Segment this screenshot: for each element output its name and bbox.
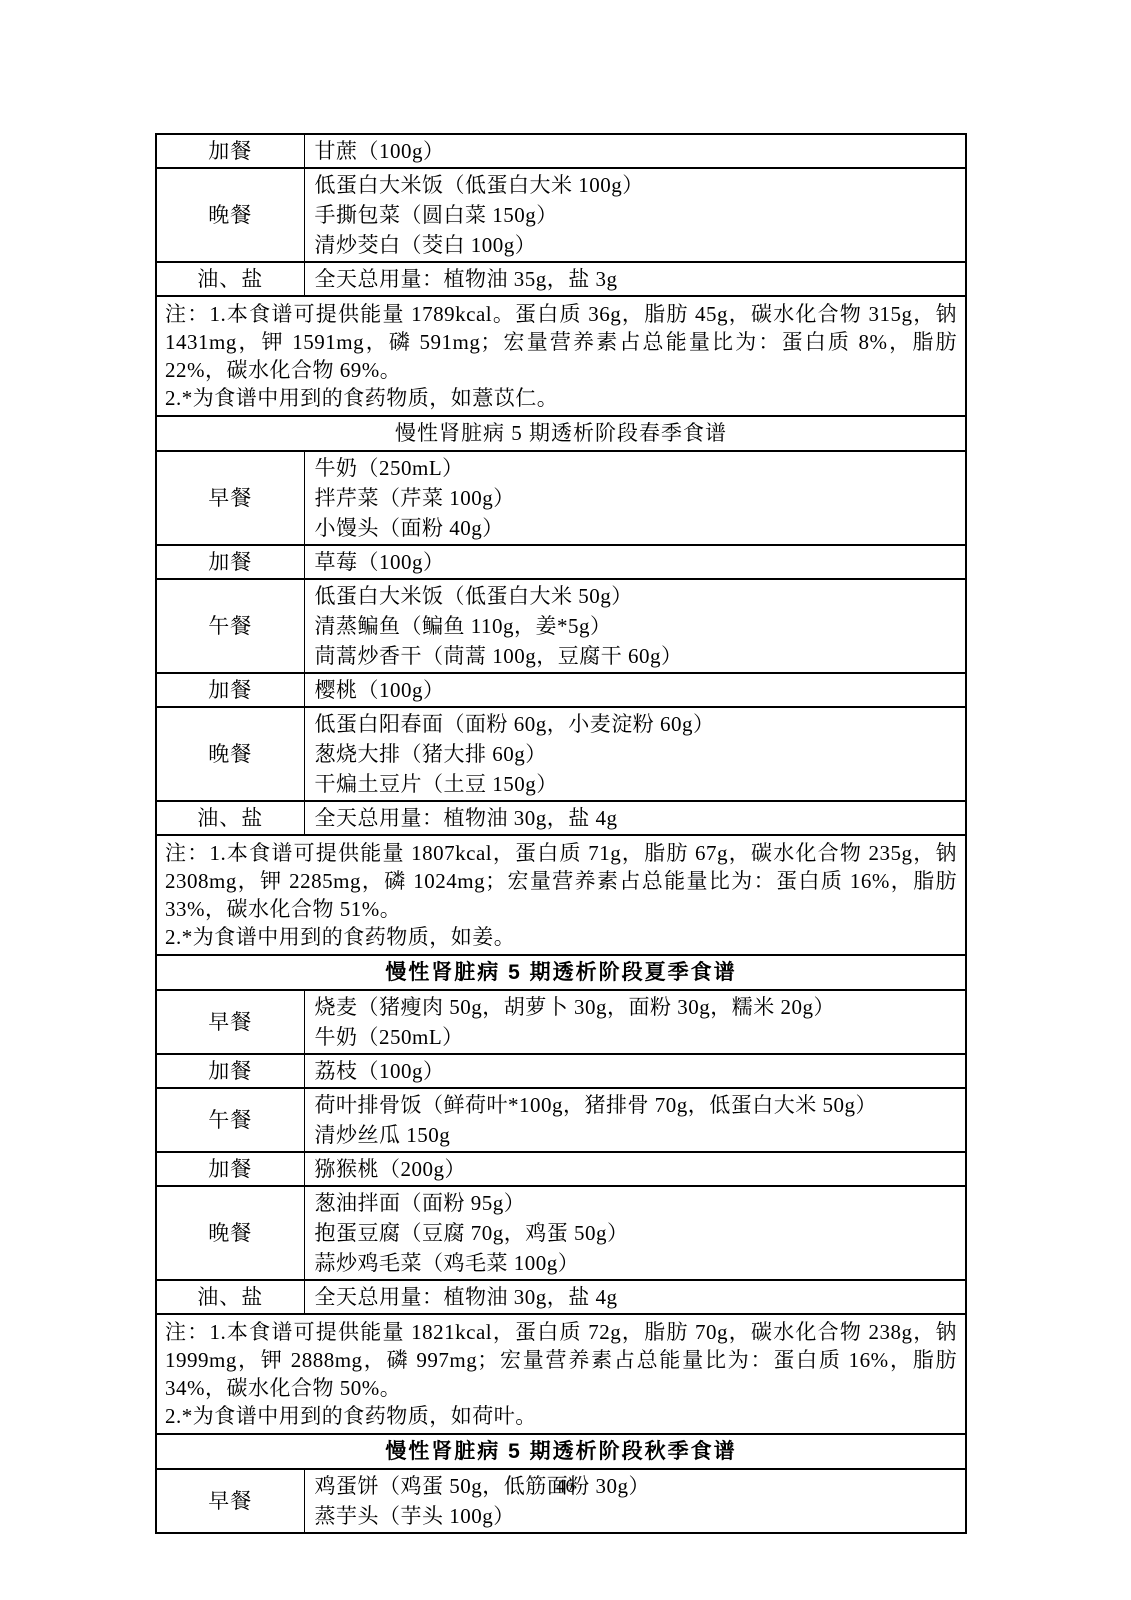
notes-row: 注：1.本食谱可提供能量 1821kcal，蛋白质 72g，脂肪 70g，碳水化… xyxy=(156,1314,966,1434)
dish-item: 全天总用量：植物油 30g，盐 4g xyxy=(315,1282,956,1312)
dish-item: 烧麦（猪瘦肉 50g，胡萝卜 30g，面粉 30g，糯米 20g） xyxy=(315,992,956,1022)
meal-items: 猕猴桃（200g） xyxy=(304,1152,966,1186)
dish-item: 牛奶（250mL） xyxy=(315,1022,956,1052)
dish-item: 清炒丝瓜 150g xyxy=(315,1120,956,1150)
meal-row: 晚餐低蛋白大米饭（低蛋白大米 100g）手撕包菜（圆白菜 150g）清炒茭白（茭… xyxy=(156,168,966,262)
dish-item: 牛奶（250mL） xyxy=(315,453,956,483)
meal-items: 全天总用量：植物油 35g，盐 3g xyxy=(304,262,966,296)
section-title: 慢性肾脏病 5 期透析阶段春季食谱 xyxy=(156,416,966,451)
meal-label: 加餐 xyxy=(156,134,304,168)
meal-items: 牛奶（250mL）拌芹菜（芹菜 100g）小馒头（面粉 40g） xyxy=(304,451,966,545)
meal-row: 早餐牛奶（250mL）拌芹菜（芹菜 100g）小馒头（面粉 40g） xyxy=(156,451,966,545)
meal-label: 油、盐 xyxy=(156,1280,304,1314)
meal-row: 晚餐低蛋白阳春面（面粉 60g，小麦淀粉 60g）葱烧大排（猪大排 60g）干煸… xyxy=(156,707,966,801)
note-text: 2.*为食谱中用到的食药物质，如姜。 xyxy=(165,923,957,951)
dish-item: 小馒头（面粉 40g） xyxy=(315,513,956,543)
section-notes: 注：1.本食谱可提供能量 1807kcal，蛋白质 71g，脂肪 67g，碳水化… xyxy=(156,835,966,955)
section-title-row: 慢性肾脏病 5 期透析阶段春季食谱 xyxy=(156,416,966,451)
dish-item: 蒸芋头（芋头 100g） xyxy=(315,1501,956,1531)
meal-label: 加餐 xyxy=(156,1152,304,1186)
dish-item: 抱蛋豆腐（豆腐 70g，鸡蛋 50g） xyxy=(315,1218,956,1248)
dish-item: 清蒸鳊鱼（鳊鱼 110g，姜*5g） xyxy=(315,611,956,641)
meal-label: 晚餐 xyxy=(156,168,304,262)
diet-table: 加餐甘蔗（100g）晚餐低蛋白大米饭（低蛋白大米 100g）手撕包菜（圆白菜 1… xyxy=(155,133,967,1534)
meal-row: 晚餐葱油拌面（面粉 95g）抱蛋豆腐（豆腐 70g，鸡蛋 50g）蒜炒鸡毛菜（鸡… xyxy=(156,1186,966,1280)
meal-items: 荔枝（100g） xyxy=(304,1054,966,1088)
dish-item: 荷叶排骨饭（鲜荷叶*100g，猪排骨 70g，低蛋白大米 50g） xyxy=(315,1090,956,1120)
meal-items: 甘蔗（100g） xyxy=(304,134,966,168)
meal-row: 油、盐全天总用量：植物油 30g，盐 4g xyxy=(156,801,966,835)
note-text: 注：1.本食谱可提供能量 1807kcal，蛋白质 71g，脂肪 67g，碳水化… xyxy=(165,839,957,923)
meal-items: 全天总用量：植物油 30g，盐 4g xyxy=(304,801,966,835)
dish-item: 全天总用量：植物油 35g，盐 3g xyxy=(315,264,956,294)
meal-row: 油、盐全天总用量：植物油 30g，盐 4g xyxy=(156,1280,966,1314)
meal-items: 低蛋白大米饭（低蛋白大米 50g）清蒸鳊鱼（鳊鱼 110g，姜*5g）茼蒿炒香干… xyxy=(304,579,966,673)
dish-item: 樱桃（100g） xyxy=(315,675,956,705)
dish-item: 低蛋白阳春面（面粉 60g，小麦淀粉 60g） xyxy=(315,709,956,739)
meal-row: 加餐猕猴桃（200g） xyxy=(156,1152,966,1186)
meal-items: 草莓（100g） xyxy=(304,545,966,579)
meal-items: 樱桃（100g） xyxy=(304,673,966,707)
meal-label: 加餐 xyxy=(156,1054,304,1088)
meal-items: 低蛋白大米饭（低蛋白大米 100g）手撕包菜（圆白菜 150g）清炒茭白（茭白 … xyxy=(304,168,966,262)
meal-row: 早餐烧麦（猪瘦肉 50g，胡萝卜 30g，面粉 30g，糯米 20g）牛奶（25… xyxy=(156,990,966,1054)
meal-row: 午餐荷叶排骨饭（鲜荷叶*100g，猪排骨 70g，低蛋白大米 50g）清炒丝瓜 … xyxy=(156,1088,966,1152)
meal-label: 晚餐 xyxy=(156,707,304,801)
meal-row: 加餐甘蔗（100g） xyxy=(156,134,966,168)
section-notes: 注：1.本食谱可提供能量 1821kcal，蛋白质 72g，脂肪 70g，碳水化… xyxy=(156,1314,966,1434)
dish-item: 草莓（100g） xyxy=(315,547,956,577)
meal-label: 早餐 xyxy=(156,990,304,1054)
meal-row: 加餐樱桃（100g） xyxy=(156,673,966,707)
note-text: 2.*为食谱中用到的食药物质，如薏苡仁。 xyxy=(165,384,957,412)
meal-label: 早餐 xyxy=(156,451,304,545)
section-title: 慢性肾脏病 5 期透析阶段夏季食谱 xyxy=(156,955,966,990)
meal-items: 烧麦（猪瘦肉 50g，胡萝卜 30g，面粉 30g，糯米 20g）牛奶（250m… xyxy=(304,990,966,1054)
dish-item: 低蛋白大米饭（低蛋白大米 50g） xyxy=(315,581,956,611)
meal-row: 加餐草莓（100g） xyxy=(156,545,966,579)
meal-items: 低蛋白阳春面（面粉 60g，小麦淀粉 60g）葱烧大排（猪大排 60g）干煸土豆… xyxy=(304,707,966,801)
meal-label: 加餐 xyxy=(156,673,304,707)
dish-item: 清炒茭白（茭白 100g） xyxy=(315,230,956,260)
dish-item: 拌芹菜（芹菜 100g） xyxy=(315,483,956,513)
note-text: 2.*为食谱中用到的食药物质，如荷叶。 xyxy=(165,1402,957,1430)
dish-item: 手撕包菜（圆白菜 150g） xyxy=(315,200,956,230)
section-title-row: 慢性肾脏病 5 期透析阶段夏季食谱 xyxy=(156,955,966,990)
meal-label: 晚餐 xyxy=(156,1186,304,1280)
meal-label: 油、盐 xyxy=(156,801,304,835)
document-page: 加餐甘蔗（100g）晚餐低蛋白大米饭（低蛋白大米 100g）手撕包菜（圆白菜 1… xyxy=(0,0,1131,1600)
meal-label: 油、盐 xyxy=(156,262,304,296)
notes-row: 注：1.本食谱可提供能量 1807kcal，蛋白质 71g，脂肪 67g，碳水化… xyxy=(156,835,966,955)
section-title-row: 慢性肾脏病 5 期透析阶段秋季食谱 xyxy=(156,1434,966,1469)
note-text: 注：1.本食谱可提供能量 1821kcal，蛋白质 72g，脂肪 70g，碳水化… xyxy=(165,1318,957,1402)
meal-items: 全天总用量：植物油 30g，盐 4g xyxy=(304,1280,966,1314)
dish-item: 甘蔗（100g） xyxy=(315,136,956,166)
meal-row: 加餐荔枝（100g） xyxy=(156,1054,966,1088)
dish-item: 低蛋白大米饭（低蛋白大米 100g） xyxy=(315,170,956,200)
meal-label: 加餐 xyxy=(156,545,304,579)
section-title: 慢性肾脏病 5 期透析阶段秋季食谱 xyxy=(156,1434,966,1469)
dish-item: 蒜炒鸡毛菜（鸡毛菜 100g） xyxy=(315,1248,956,1278)
meal-items: 荷叶排骨饭（鲜荷叶*100g，猪排骨 70g，低蛋白大米 50g）清炒丝瓜 15… xyxy=(304,1088,966,1152)
notes-row: 注：1.本食谱可提供能量 1789kcal。蛋白质 36g，脂肪 45g，碳水化… xyxy=(156,296,966,416)
diet-table-body: 加餐甘蔗（100g）晚餐低蛋白大米饭（低蛋白大米 100g）手撕包菜（圆白菜 1… xyxy=(156,134,966,1533)
dish-item: 干煸土豆片（土豆 150g） xyxy=(315,769,956,799)
dish-item: 葱烧大排（猪大排 60g） xyxy=(315,739,956,769)
section-notes: 注：1.本食谱可提供能量 1789kcal。蛋白质 36g，脂肪 45g，碳水化… xyxy=(156,296,966,416)
page-number: 46 xyxy=(0,1476,1131,1498)
meal-row: 午餐低蛋白大米饭（低蛋白大米 50g）清蒸鳊鱼（鳊鱼 110g，姜*5g）茼蒿炒… xyxy=(156,579,966,673)
meal-label: 午餐 xyxy=(156,579,304,673)
meal-row: 油、盐全天总用量：植物油 35g，盐 3g xyxy=(156,262,966,296)
dish-item: 葱油拌面（面粉 95g） xyxy=(315,1188,956,1218)
note-text: 注：1.本食谱可提供能量 1789kcal。蛋白质 36g，脂肪 45g，碳水化… xyxy=(165,300,957,384)
dish-item: 茼蒿炒香干（茼蒿 100g，豆腐干 60g） xyxy=(315,641,956,671)
dish-item: 荔枝（100g） xyxy=(315,1056,956,1086)
meal-label: 午餐 xyxy=(156,1088,304,1152)
dish-item: 全天总用量：植物油 30g，盐 4g xyxy=(315,803,956,833)
meal-items: 葱油拌面（面粉 95g）抱蛋豆腐（豆腐 70g，鸡蛋 50g）蒜炒鸡毛菜（鸡毛菜… xyxy=(304,1186,966,1280)
dish-item: 猕猴桃（200g） xyxy=(315,1154,956,1184)
